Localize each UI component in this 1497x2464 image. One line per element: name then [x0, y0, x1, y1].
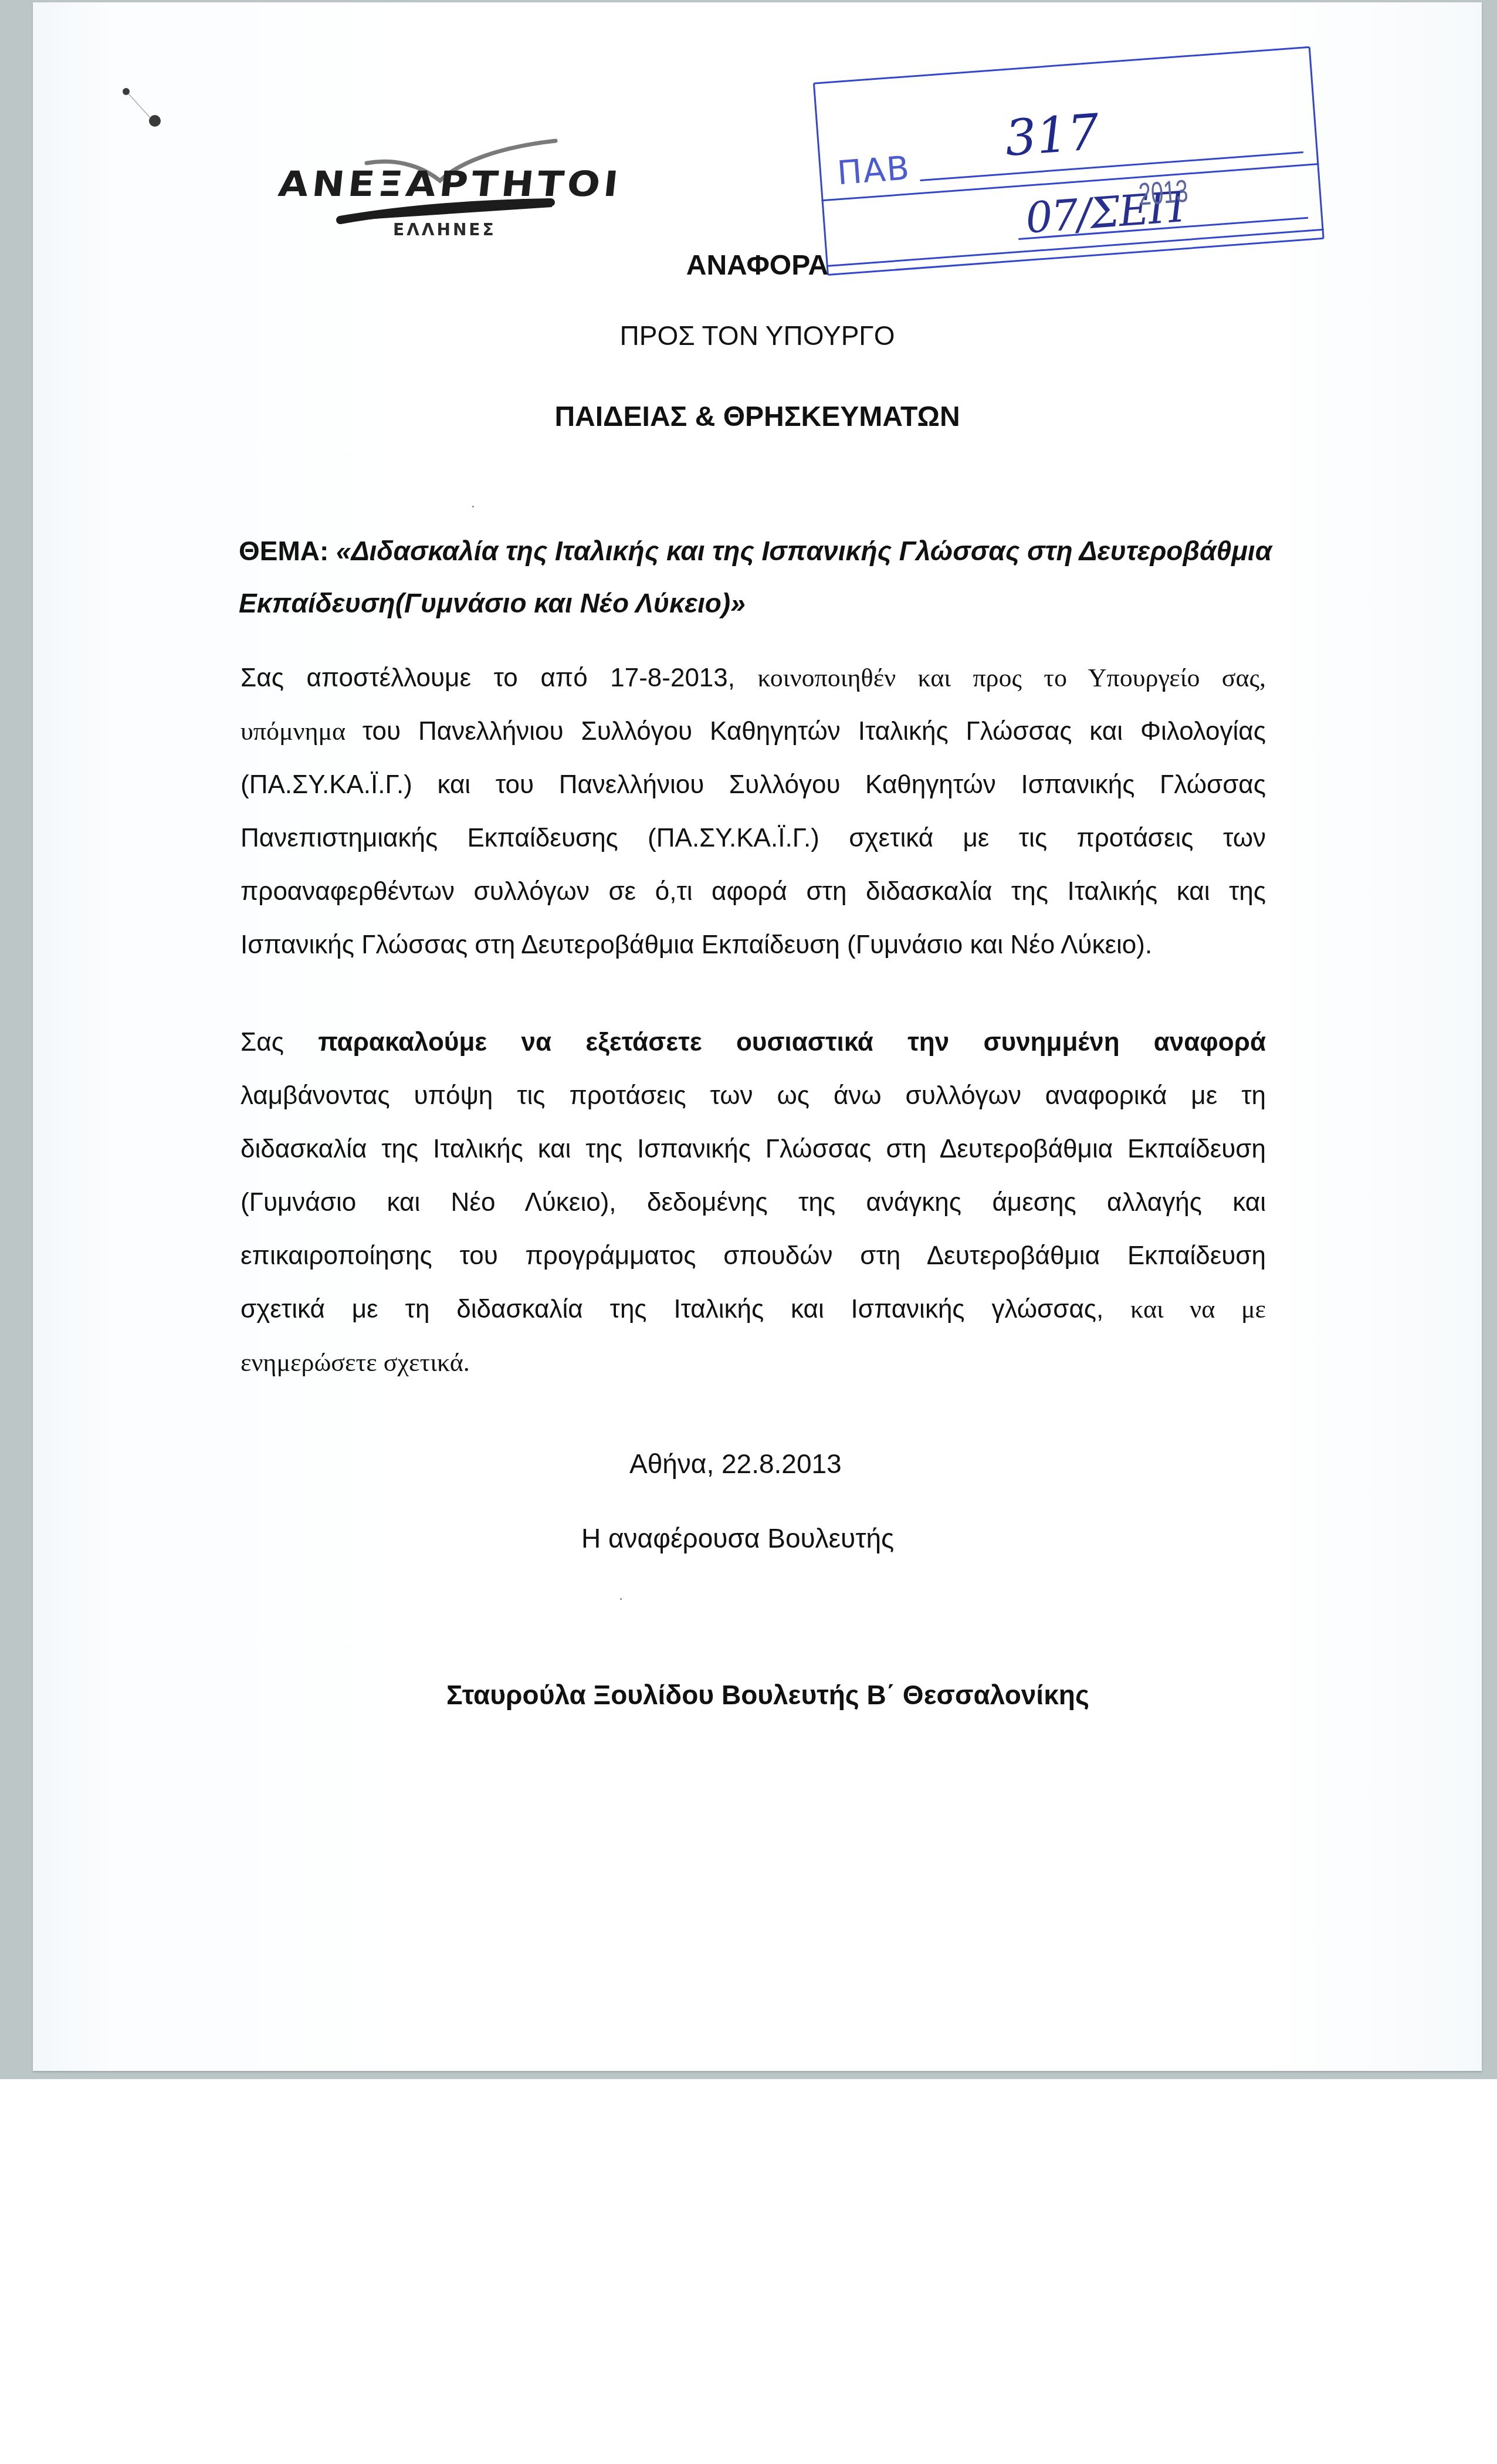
recipient-line: ΠΡΟΣ ΤΟΝ ΥΠΟΥΡΓΟ [33, 320, 1482, 351]
ministry-name: ΠΑΙΔΕΙΑΣ & ΘΡΗΣΚΕΥΜΑΤΩΝ [33, 401, 1482, 433]
subject-block: ΘΕΜΑ: «Διδασκαλία της Ιταλικής και της Ι… [239, 525, 1265, 629]
protocol-stamp: ΠΑΒ 317 07/ΣΕΠ 2013 [813, 46, 1325, 276]
paragraph-line: προαναφερθέντων συλλόγων σε ό,τι αφορά σ… [241, 865, 1266, 918]
paragraph-line: (Γυμνάσιο και Νέο Λύκειο), δεδομένης της… [241, 1176, 1266, 1229]
paragraph-line: σχετικά με τη διδασκαλία της Ιταλικής κα… [241, 1282, 1266, 1336]
paragraph-line: Πανεπιστημιακής Εκπαίδευσης (ΠΑ.ΣΥ.ΚΑ.Ϊ.… [241, 811, 1266, 865]
party-logo: ΑΝΕΞΑΡΤΗΤΟΙ ΕΛΛΗΝΕΣ [267, 120, 631, 246]
stamp-year: 2013 [1137, 173, 1189, 213]
paragraph-1: Σας αποστέλλουμε το από 17-8-2013, κοινο… [241, 651, 1266, 972]
stamp-label: ΠΑΒ [836, 149, 912, 192]
staple-hole [149, 115, 161, 127]
paragraph-line: υπόμνημα του Πανελλήνιου Συλλόγου Καθηγη… [241, 705, 1266, 758]
logo-wordmark: ΑΝΕΞΑΡΤΗΤΟΙ [276, 164, 624, 204]
text-run: του Πανελλήνιου Συλλόγου Καθηγητών Ιταλι… [363, 717, 1266, 746]
paragraph-line: διδασκαλία της Ιταλικής και της Ισπανική… [241, 1122, 1266, 1176]
text-run: κοινοποιηθέν και προς το Υπουργείο σας, [758, 664, 1266, 692]
subject-text-line2: Εκπαίδευση(Γυμνάσιο και Νέο Λύκειο)» [239, 577, 1265, 629]
text-run: σχετικά με τη διδασκαλία της Ιταλικής κα… [241, 1295, 1130, 1324]
place-date: Αθήνα, 22.8.2013 [629, 1448, 842, 1480]
text-run: και να με [1130, 1295, 1266, 1324]
signatory-name: Σταυρούλα Ξουλίδου Βουλευτής Β΄ Θεσσαλον… [446, 1679, 1089, 1711]
subject-text-line1: «Διδασκαλία της Ιταλικής και της Ισπανικ… [336, 536, 1272, 566]
paragraph-line: Σας αποστέλλουμε το από 17-8-2013, κοινο… [241, 651, 1266, 705]
paragraph-2: Σας παρακαλούμε να εξετάσετε ουσιαστικά … [241, 1016, 1266, 1389]
paragraph-line: επικαιροποίησης του προγράμματος σπουδών… [241, 1229, 1266, 1282]
scan-speck [620, 1598, 622, 1600]
text-run: Σας [241, 1028, 284, 1057]
stamp-protocol-number: 317 [1003, 103, 1101, 167]
paragraph-line: Ισπανικής Γλώσσας στη Δευτεροβάθμια Εκπα… [241, 918, 1266, 972]
text-run: υπόμνημα [241, 717, 363, 746]
paragraph-line: Σας παρακαλούμε να εξετάσετε ουσιαστικά … [241, 1016, 1266, 1069]
document-title: ΑΝΑΦΟΡΑ [33, 249, 1482, 282]
paragraph-line: ενημερώσετε σχετικά. [241, 1336, 1266, 1389]
subject-label: ΘΕΜΑ: [239, 536, 328, 566]
text-run: Σας αποστέλλουμε το από 17-8-2013, [241, 664, 758, 692]
logo-subtitle: ΕΛΛΗΝΕΣ [393, 220, 496, 239]
signatory-role: Η αναφέρουσα Βουλευτής [581, 1522, 894, 1554]
paragraph-line: λαμβάνοντας υπόψη τις προτάσεις των ως ά… [241, 1069, 1266, 1122]
paragraph-line: (ΠΑ.ΣΥ.ΚΑ.Ϊ.Γ.) και του Πανελλήνιου Συλλ… [241, 758, 1266, 811]
bold-request-phrase: παρακαλούμε να εξετάσετε ουσιαστικά την … [318, 1028, 1266, 1057]
scan-speck [472, 506, 474, 507]
